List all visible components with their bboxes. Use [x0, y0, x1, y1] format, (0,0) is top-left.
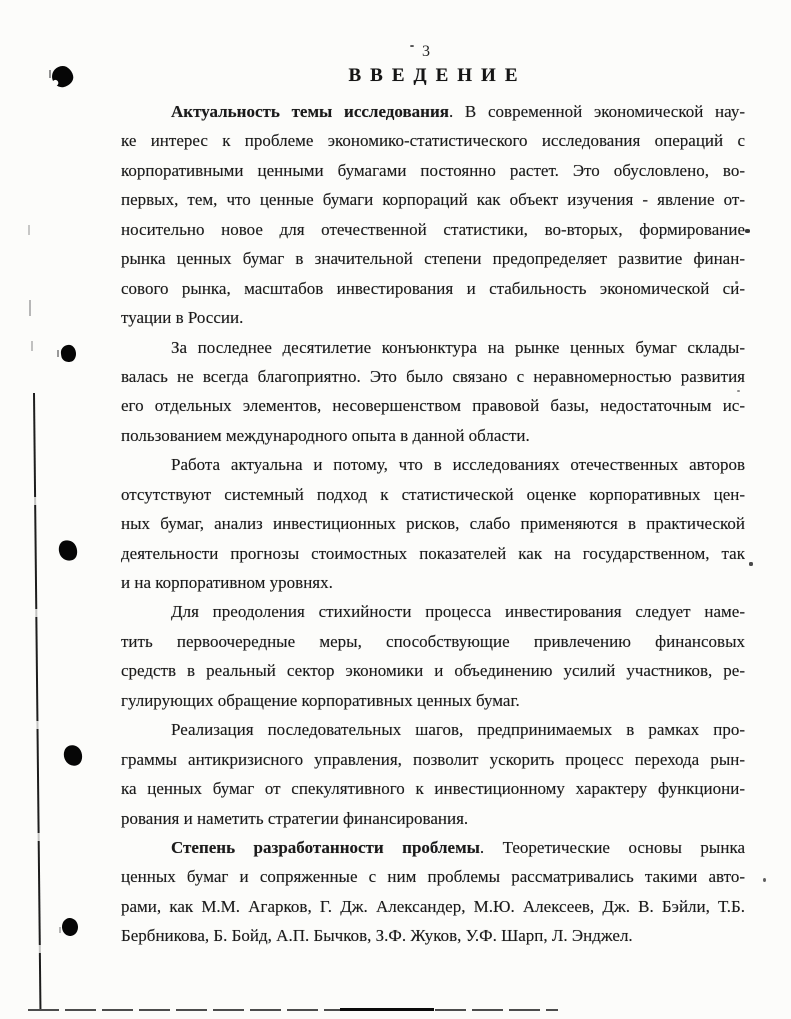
left-edge-dash — [31, 341, 33, 351]
text-line: валась не всегда благоприятно. Это было … — [121, 362, 745, 391]
text-line: За последнее десятилетие конъюнктура на … — [121, 333, 745, 362]
scan-mark — [57, 350, 59, 357]
ink-blob — [61, 917, 79, 936]
ink-blob — [61, 743, 85, 769]
text-line: Для преодоления стихийности процесса инв… — [121, 597, 745, 626]
text-line: пользованием международного опыта в данн… — [121, 421, 745, 450]
text-line: деятельности прогнозы стоимостных показа… — [121, 539, 745, 568]
paragraph: Работа актуальна и потому, что в исследо… — [121, 450, 745, 597]
text-line: рами, как М.М. Агарков, Г. Дж. Александе… — [121, 892, 745, 921]
bottom-page-edge-line — [28, 1009, 558, 1011]
document-title: ВВЕДЕНИЕ — [121, 66, 745, 87]
text-line: гулирующих обращение корпоративных ценны… — [121, 686, 745, 715]
scan-speck — [735, 281, 738, 284]
text-line: граммы антикризисного управления, позвол… — [121, 745, 745, 774]
text-line: сового рынка, масштабов инвестирования и… — [121, 274, 745, 303]
page-number: 3 — [400, 44, 452, 60]
text-line: Работа актуальна и потому, что в исследо… — [121, 450, 745, 479]
paragraph: Степень разработанности проблемы. Теорет… — [121, 833, 745, 951]
left-edge-dash — [28, 225, 30, 235]
scan-speck — [749, 562, 753, 566]
ink-blob — [56, 537, 81, 563]
text-line: первых, тем, что ценные бумаги корпораци… — [121, 185, 745, 214]
scan-speck — [410, 45, 414, 47]
left-edge-dash — [29, 300, 31, 316]
text-line: Реализация последовательных шагов, предп… — [121, 715, 745, 744]
scan-speck — [763, 878, 766, 882]
paragraph: Для преодоления стихийности процесса инв… — [121, 597, 745, 715]
scan-speck — [745, 229, 750, 233]
text-line: туации в России. — [121, 303, 745, 332]
scan-mark — [59, 927, 61, 933]
text-line: носительно новое для отечественной стати… — [121, 215, 745, 244]
text-line: и на корпоративном уровнях. — [121, 568, 745, 597]
scan-mark — [49, 70, 51, 78]
text-line: Бербникова, Б. Бойд, А.П. Бычков, З.Ф. Ж… — [121, 921, 745, 950]
text-line: рынка ценных бумаг в значительной степен… — [121, 244, 745, 273]
text-line: ка ценных бумаг от спекулятивного к инве… — [121, 774, 745, 803]
text-line: тить первоочередные меры, способствующие… — [121, 627, 745, 656]
scan-speck — [737, 390, 740, 392]
text-line: его отдельных элементов, несовершенством… — [121, 391, 745, 420]
text-line: ке интерес к проблеме экономико-статисти… — [121, 126, 745, 155]
text-line: средств в реальный сектор экономики и об… — [121, 656, 745, 685]
text-line: отсутствуют системный подход к статистич… — [121, 480, 745, 509]
text-line: ценных бумаг и сопряженные с ним проблем… — [121, 862, 745, 891]
text-line: Актуальность темы исследования. В соврем… — [121, 97, 745, 126]
text-line: ных бумаг, анализ инвестиционных рисков,… — [121, 509, 745, 538]
paragraph: Реализация последовательных шагов, предп… — [121, 715, 745, 833]
ink-blob — [60, 344, 77, 363]
text-line: корпоративными ценными бумагами постоянн… — [121, 156, 745, 185]
scanned-page: 3 ВВЕДЕНИЕ Актуальность темы исследовани… — [0, 0, 791, 1019]
left-page-edge-line — [33, 393, 41, 1009]
bottom-page-edge-line-dark-segment — [340, 1008, 434, 1011]
text-line: Степень разработанности проблемы. Теорет… — [121, 833, 745, 862]
document-body: Актуальность темы исследования. В соврем… — [121, 97, 745, 951]
paragraph: Актуальность темы исследования. В соврем… — [121, 97, 745, 333]
ink-blob — [50, 64, 75, 89]
text-line: рования и наметить стратегии финансирова… — [121, 804, 745, 833]
paragraph: За последнее десятилетие конъюнктура на … — [121, 333, 745, 451]
